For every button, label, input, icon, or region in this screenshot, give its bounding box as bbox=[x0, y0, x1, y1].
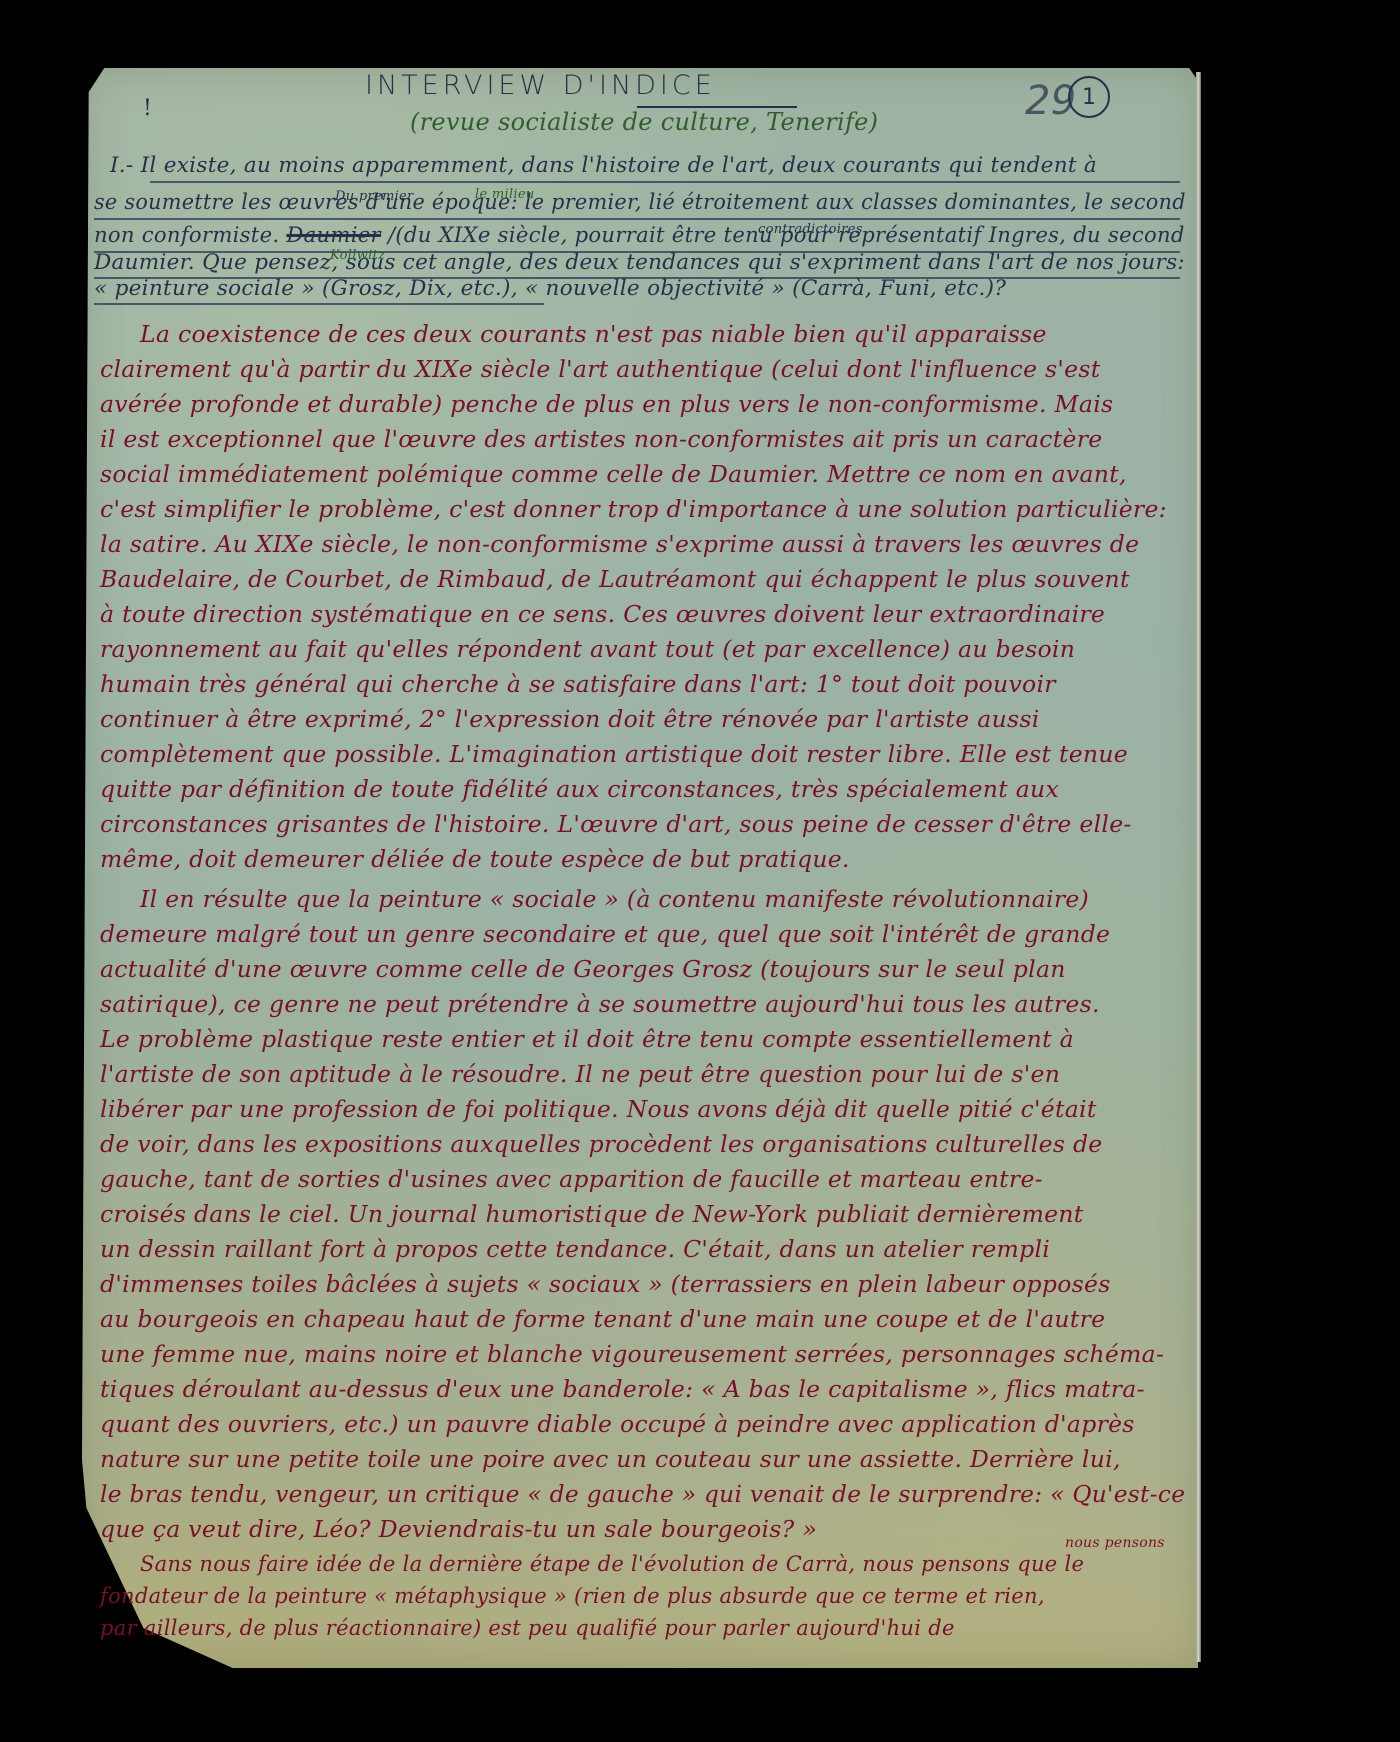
page-number-circle: 1 bbox=[1068, 76, 1110, 118]
answer-line: fondateur de la peinture « métaphysique … bbox=[100, 1584, 1045, 1608]
question-underline bbox=[150, 181, 1180, 183]
answer-line: Sans nous faire idée de la dernière étap… bbox=[140, 1552, 1084, 1576]
question-underline bbox=[94, 303, 544, 305]
question-line: I.- Il existe, au moins apparemment, dan… bbox=[110, 153, 1097, 178]
answer-line: libérer par une profession de foi politi… bbox=[100, 1095, 1097, 1123]
struck-word: Daumier bbox=[286, 223, 381, 248]
insertion-nous-pensons: nous pensons bbox=[1065, 1535, 1165, 1551]
answer-line: complètement que possible. L'imagination… bbox=[100, 740, 1128, 768]
question-line: Daumier. Que pensez, sous cet angle, des… bbox=[94, 250, 1185, 275]
insertion-contradictoires: contradictoires bbox=[758, 222, 863, 237]
answer-line: il est exceptionnel que l'œuvre des arti… bbox=[100, 425, 1102, 453]
answer-line: humain très général qui cherche à se sat… bbox=[100, 670, 1056, 698]
answer-line: la satire. Au XIXe siècle, le non-confor… bbox=[100, 530, 1139, 558]
margin-mark: ! bbox=[143, 96, 152, 121]
answer-line: tiques déroulant au-dessus d'eux une ban… bbox=[100, 1375, 1145, 1403]
insertion-le-milieu: le milieu bbox=[475, 187, 535, 202]
answer-line: un dessin raillant fort à propos cette t… bbox=[100, 1235, 1050, 1263]
question-line: se soumettre les œuvres d'une époque: le… bbox=[94, 190, 1186, 215]
answer-line: avérée profonde et durable) penche de pl… bbox=[100, 390, 1113, 418]
insertion-du-premier: Du premier bbox=[335, 189, 414, 204]
answer-line: c'est simplifier le problème, c'est donn… bbox=[100, 495, 1167, 523]
answer-line: Le problème plastique reste entier et il… bbox=[100, 1025, 1074, 1053]
answer-line: quitte par définition de toute fidélité … bbox=[100, 775, 1059, 803]
page-number: 1 bbox=[1082, 85, 1096, 110]
answer-line: une femme nue, mains noire et blanche vi… bbox=[100, 1340, 1164, 1368]
answer-line: rayonnement au fait qu'elles répondent a… bbox=[100, 635, 1075, 663]
paper-edge bbox=[1196, 72, 1201, 1662]
answer-line: clairement qu'à partir du XIXe siècle l'… bbox=[100, 355, 1100, 383]
question-underline bbox=[94, 218, 1180, 220]
answer-line: circonstances grisantes de l'histoire. L… bbox=[100, 810, 1132, 838]
answer-line: Il en résulte que la peinture « sociale … bbox=[140, 885, 1089, 913]
answer-line: gauche, tant de sorties d'usines avec ap… bbox=[100, 1165, 1043, 1193]
answer-line: à toute direction systématique en ce sen… bbox=[100, 600, 1105, 628]
answer-line: l'artiste de son aptitude à le résoudre.… bbox=[100, 1060, 1060, 1088]
answer-line: que ça veut dire, Léo? Deviendrais-tu un… bbox=[100, 1515, 817, 1543]
answer-line: le bras tendu, vengeur, un critique « de… bbox=[100, 1480, 1185, 1508]
document-subtitle: (revue socialiste de culture, Tenerife) bbox=[410, 108, 878, 136]
question-line: non conformiste. Daumier /(du XIXe siècl… bbox=[94, 223, 1185, 248]
answer-line: nature sur une petite toile une poire av… bbox=[100, 1445, 1121, 1473]
answer-line: croisés dans le ciel. Un journal humoris… bbox=[100, 1200, 1084, 1228]
answer-line: continuer à être exprimé, 2° l'expressio… bbox=[100, 705, 1040, 733]
answer-line: d'immenses toiles bâclées à sujets « soc… bbox=[100, 1270, 1111, 1298]
insertion-kollwitz: Kollwitz bbox=[330, 248, 385, 263]
document-title: INTERVIEW D'INDICE bbox=[365, 70, 716, 101]
answer-line: satirique), ce genre ne peut prétendre à… bbox=[100, 990, 1100, 1018]
answer-line: quant des ouvriers, etc.) un pauvre diab… bbox=[100, 1410, 1135, 1438]
answer-line: de voir, dans les expositions auxquelles… bbox=[100, 1130, 1103, 1158]
answer-line: actualité d'une œuvre comme celle de Geo… bbox=[100, 955, 1066, 983]
answer-line: au bourgeois en chapeau haut de forme te… bbox=[100, 1305, 1105, 1333]
answer-line: demeure malgré tout un genre secondaire … bbox=[100, 920, 1110, 948]
answer-line: social immédiatement polémique comme cel… bbox=[100, 460, 1127, 488]
answer-line: par ailleurs, de plus réactionnaire) est… bbox=[100, 1616, 955, 1640]
answer-line: même, doit demeurer déliée de toute espè… bbox=[100, 845, 850, 873]
question-line: « peinture sociale » (Grosz, Dix, etc.),… bbox=[94, 276, 1006, 301]
answer-line: La coexistence de ces deux courants n'es… bbox=[140, 320, 1047, 348]
answer-line: Baudelaire, de Courbet, de Rimbaud, de L… bbox=[100, 565, 1130, 593]
